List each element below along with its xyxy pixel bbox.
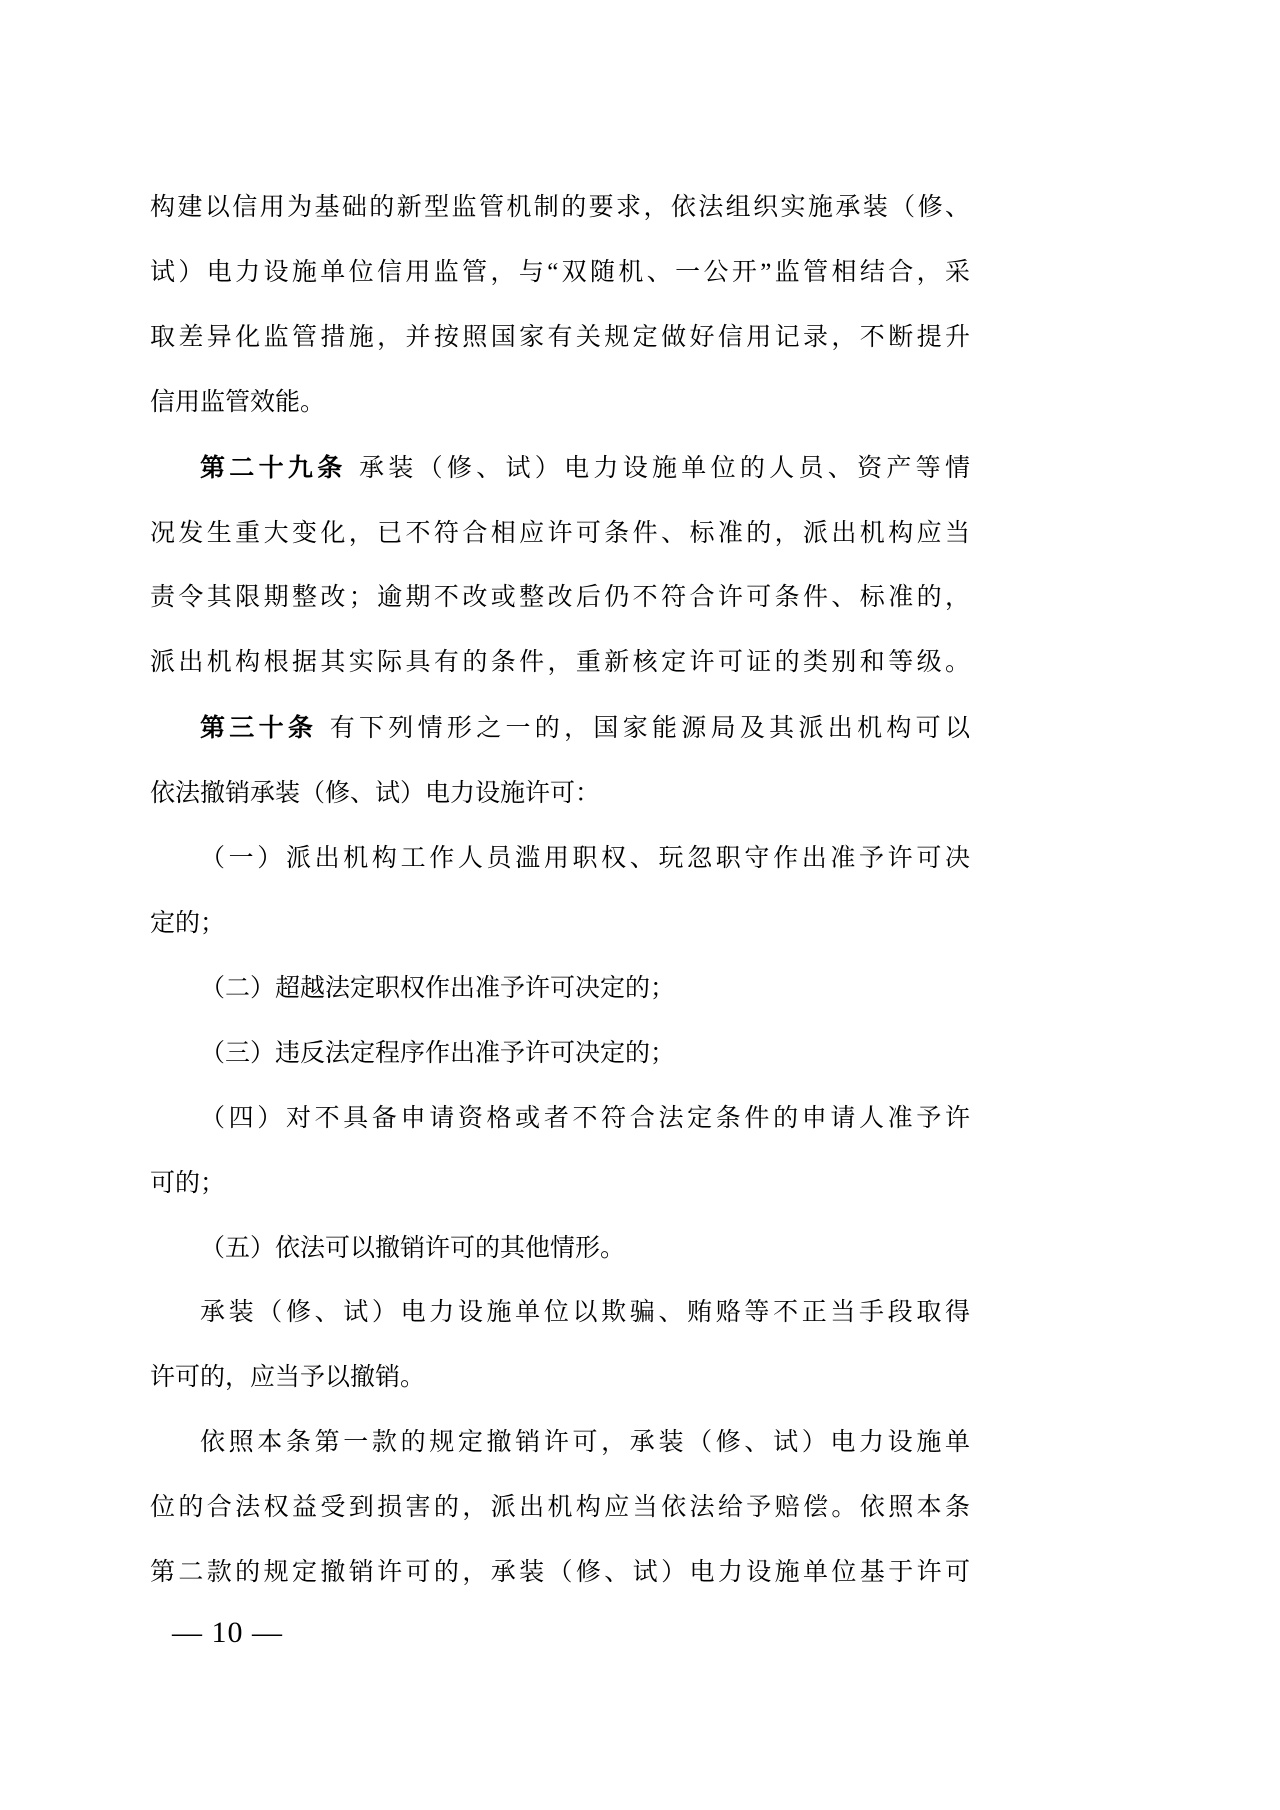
paragraph: 构建以信用为基础的新型监管机制的要求，依法组织实施承装（修、试）电力设施单位信用… [150,176,970,436]
text-line: 承装（修、试）电力设施单位以欺骗、贿赂等不正当手段取得 [150,1281,970,1346]
paragraph: 承装（修、试）电力设施单位以欺骗、贿赂等不正当手段取得许可的，应当予以撤销。 [150,1281,970,1411]
line-text: 责令其限期整改；逾期不改或整改后仍不符合许可条件、标准的， [150,584,970,611]
line-text: （三）违反法定程序作出准予许可决定的； [200,1040,675,1067]
text-line: 依法撤销承装（修、试）电力设施许可： [150,762,970,827]
line-text: 可的； [150,1170,225,1197]
text-line: 第二十九条承装（修、试）电力设施单位的人员、资产等情 [150,436,970,502]
paragraph: 第二十九条承装（修、试）电力设施单位的人员、资产等情况发生重大变化，已不符合相应… [150,436,970,697]
text-line: 况发生重大变化，已不符合相应许可条件、标准的，派出机构应当 [150,502,970,567]
line-text: 依照本条第一款的规定撤销许可，承装（修、试）电力设施单 [200,1429,970,1456]
text-line: 许可的，应当予以撤销。 [150,1346,970,1411]
line-text: 许可的，应当予以撤销。 [150,1364,425,1391]
paragraph: （二）超越法定职权作出准予许可决定的； [150,957,970,1022]
line-text: 有下列情形之一的，国家能源局及其派出机构可以 [330,715,970,742]
document-body: 构建以信用为基础的新型监管机制的要求，依法组织实施承装（修、试）电力设施单位信用… [150,176,970,1606]
line-text: （四）对不具备申请资格或者不符合法定条件的申请人准予许 [200,1105,970,1132]
text-line: （四）对不具备申请资格或者不符合法定条件的申请人准予许 [150,1087,970,1152]
article-number: 第三十条 [200,714,317,742]
paragraph: （一）派出机构工作人员滥用职权、玩忽职守作出准予许可决定的； [150,827,970,957]
text-line: （一）派出机构工作人员滥用职权、玩忽职守作出准予许可决 [150,827,970,892]
line-text: 况发生重大变化，已不符合相应许可条件、标准的，派出机构应当 [150,520,970,547]
line-text: 试）电力设施单位信用监管，与“双随机、一公开”监管相结合，采 [150,259,970,286]
document-page: 构建以信用为基础的新型监管机制的要求，依法组织实施承装（修、试）电力设施单位信用… [0,0,1280,1810]
line-text: 派出机构根据其实际具有的条件，重新核定许可证的类别和等级。 [150,649,970,676]
line-text: 取差异化监管措施，并按照国家有关规定做好信用记录，不断提升 [150,324,970,351]
text-line: 取差异化监管措施，并按照国家有关规定做好信用记录，不断提升 [150,306,970,371]
text-line: 定的； [150,892,970,957]
line-text: 第二款的规定撤销许可的，承装（修、试）电力设施单位基于许可 [150,1559,970,1586]
line-text: 位的合法权益受到损害的，派出机构应当依法给予赔偿。依照本条 [150,1494,970,1521]
text-line: （五）依法可以撤销许可的其他情形。 [150,1217,970,1282]
text-line: 可的； [150,1152,970,1217]
line-text: （五）依法可以撤销许可的其他情形。 [200,1235,625,1262]
paragraph: 依照本条第一款的规定撤销许可，承装（修、试）电力设施单位的合法权益受到损害的，派… [150,1411,970,1606]
paragraph: （四）对不具备申请资格或者不符合法定条件的申请人准予许可的； [150,1087,970,1217]
text-line: （二）超越法定职权作出准予许可决定的； [150,957,970,1022]
text-line: 试）电力设施单位信用监管，与“双随机、一公开”监管相结合，采 [150,241,970,306]
line-text: 承装（修、试）电力设施单位的人员、资产等情 [359,455,970,482]
text-line: 第二款的规定撤销许可的，承装（修、试）电力设施单位基于许可 [150,1541,970,1606]
line-text: 承装（修、试）电力设施单位以欺骗、贿赂等不正当手段取得 [200,1299,970,1326]
line-text: 构建以信用为基础的新型监管机制的要求，依法组织实施承装（修、 [150,194,970,221]
paragraph: 第三十条有下列情形之一的，国家能源局及其派出机构可以依法撤销承装（修、试）电力设… [150,696,970,827]
line-text: 依法撤销承装（修、试）电力设施许可： [150,780,600,807]
text-line: 信用监管效能。 [150,371,970,436]
line-text: （二）超越法定职权作出准予许可决定的； [200,975,675,1002]
line-text: （一）派出机构工作人员滥用职权、玩忽职守作出准予许可决 [200,845,970,872]
line-text: 信用监管效能。 [150,389,325,416]
text-line: 构建以信用为基础的新型监管机制的要求，依法组织实施承装（修、 [150,176,970,241]
paragraph: （五）依法可以撤销许可的其他情形。 [150,1217,970,1282]
page-number: — 10 — [172,1616,283,1650]
text-line: 派出机构根据其实际具有的条件，重新核定许可证的类别和等级。 [150,631,970,696]
text-line: （三）违反法定程序作出准予许可决定的； [150,1022,970,1087]
text-line: 位的合法权益受到损害的，派出机构应当依法给予赔偿。依照本条 [150,1476,970,1541]
paragraph: （三）违反法定程序作出准予许可决定的； [150,1022,970,1087]
line-text: 定的； [150,910,225,937]
text-line: 第三十条有下列情形之一的，国家能源局及其派出机构可以 [150,696,970,762]
article-number: 第二十九条 [200,454,347,482]
text-line: 依照本条第一款的规定撤销许可，承装（修、试）电力设施单 [150,1411,970,1476]
text-line: 责令其限期整改；逾期不改或整改后仍不符合许可条件、标准的， [150,566,970,631]
